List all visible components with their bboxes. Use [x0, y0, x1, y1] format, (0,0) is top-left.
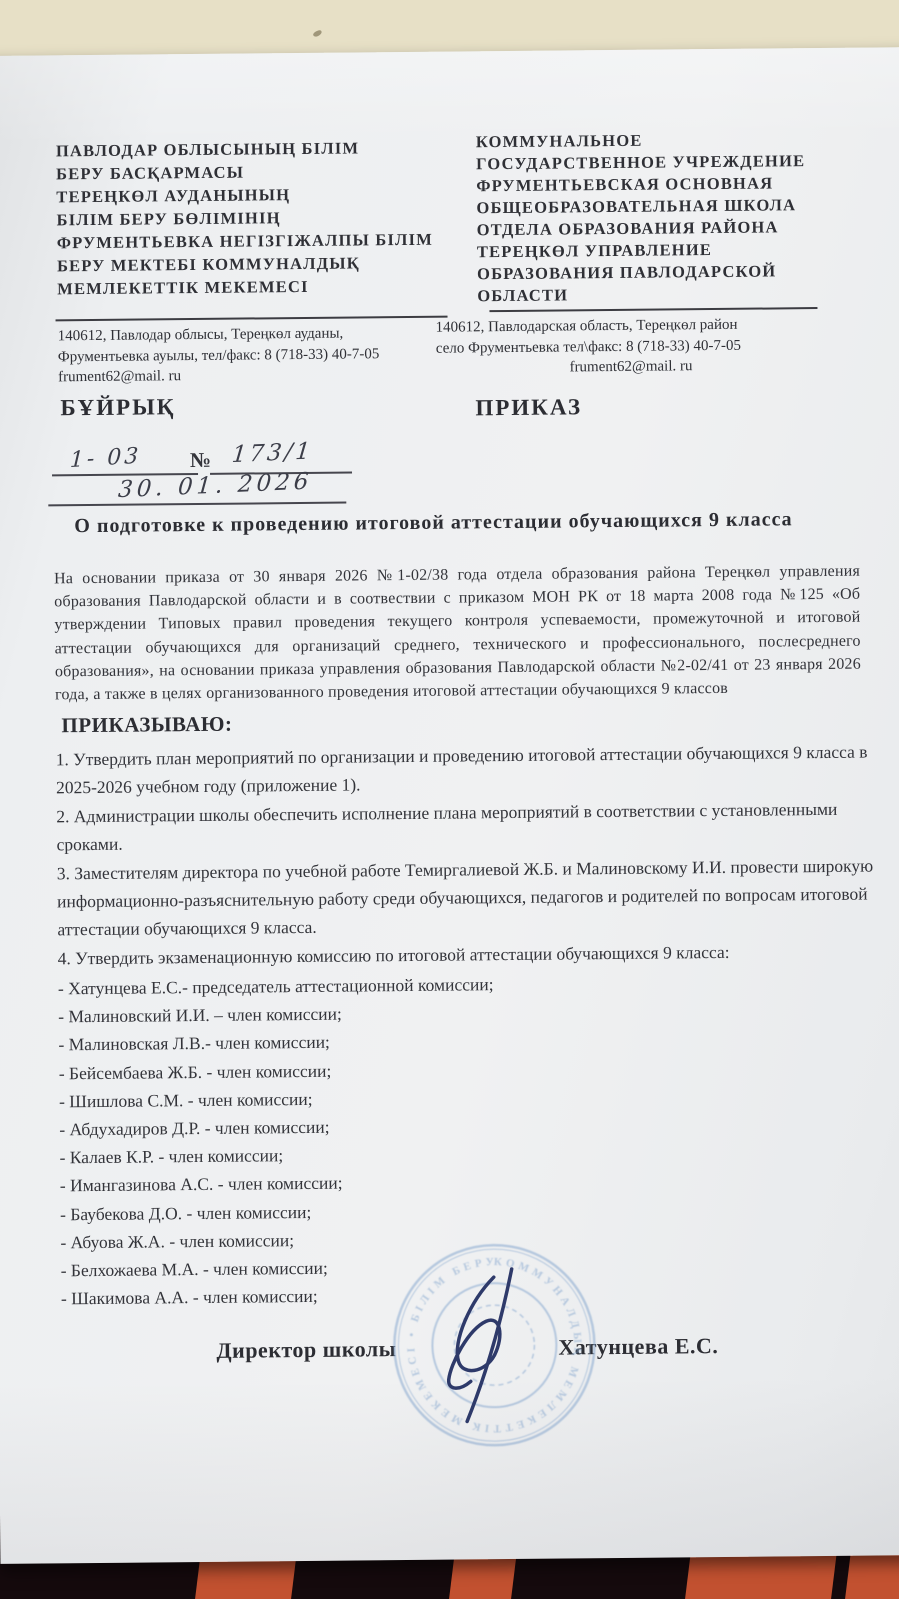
date-underline [48, 502, 346, 507]
director-label: Директор школы [216, 1336, 396, 1364]
org-line: МЕМЛЕКЕТТІК МЕКЕМЕСІ [57, 273, 477, 300]
letterhead-rule-left [56, 316, 448, 322]
org-line: ОТДЕЛА ОБРАЗОВАНИЯ РАЙОНА [477, 216, 829, 241]
letterhead-rule-right [489, 307, 817, 312]
order-title: О подготовке к проведению итоговой аттес… [30, 508, 836, 539]
order-number-prefix-handwritten: 1- 03 [69, 444, 141, 474]
order-heading-kk: БҰЙРЫҚ [60, 394, 175, 421]
document-photo: ПАВЛОДАР ОБЛЫСЫНЫҢ БІЛІМБЕРУ БАСҚАРМАСЫТ… [0, 0, 899, 1599]
floor-orange-patch [685, 1551, 837, 1599]
director-signature-icon [406, 1263, 558, 1449]
org-address-kk: 140612, Павлодар облысы, Тереңкөл ауданы… [58, 323, 439, 388]
order-item: 1. Утвердить план мероприятий по организ… [56, 737, 877, 802]
org-line: ФРУМЕНТЬЕВКА НЕГІЗГІЖАЛПЫ БІЛІМ [57, 227, 477, 254]
floor-orange-patch [845, 1551, 899, 1599]
order-preamble: На основании приказа от 30 января 2026 №… [54, 560, 861, 707]
address-line: frument62@mail. ru [436, 355, 826, 379]
org-line: ГОСУДАРСТВЕННОЕ УЧРЕЖДЕНИЕ [476, 150, 828, 175]
org-name-kk: ПАВЛОДАР ОБЛЫСЫНЫҢ БІЛІМБЕРУ БАСҚАРМАСЫТ… [56, 135, 478, 300]
order-items: 1. Утвердить план мероприятий по организ… [56, 737, 878, 972]
org-address-ru: 140612, Павлодарская область, Тереңкөл р… [436, 314, 827, 379]
wall-speck [312, 29, 322, 37]
order-heading-ru: ПРИКАЗ [475, 394, 582, 421]
order-item: 3. Заместителям директора по учебной раб… [57, 851, 878, 944]
resolve-word: ПРИКАЗЫВАЮ: [61, 712, 232, 739]
address-line: frument62@mail. ru [58, 364, 438, 388]
org-line: ОБРАЗОВАНИЯ ПАВЛОДАРСКОЙ [477, 260, 829, 285]
org-name-ru: КОММУНАЛЬНОЕГОСУДАРСТВЕННОЕ УЧРЕЖДЕНИЕФР… [476, 128, 830, 307]
org-line: ОБЛАСТИ [477, 282, 829, 307]
order-number-handwritten: 173/1 [231, 438, 315, 468]
number-sign: № [190, 448, 211, 473]
paper-sheet: ПАВЛОДАР ОБЛЫСЫНЫҢ БІЛІМБЕРУ БАСҚАРМАСЫТ… [0, 47, 899, 1564]
order-item: 2. Администрации школы обеспечить исполн… [56, 794, 877, 859]
